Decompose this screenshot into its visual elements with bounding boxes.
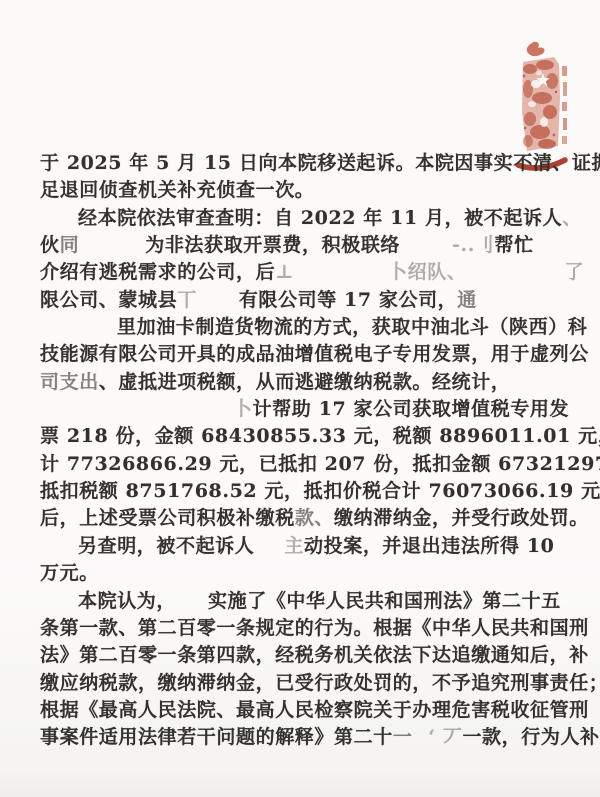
line-text: 事案件适用法律若干问题的解释》第二十 <box>40 726 393 748</box>
document-line: 卜计帮助 17 家公司获取增值税专用发 <box>40 396 532 423</box>
line-text: 有限公司等 17 家公司， <box>239 289 457 311</box>
document-line: 技能源有限公司开具的成品油增值税电子专用发票，用于虚列公 <box>40 341 532 368</box>
document-line: 票 218 份，金额 68430855.33 元，税额 8896011.01 元… <box>40 423 532 450</box>
line-text: 缴纳滞纳金，并受行政处罚。 <box>334 507 589 529</box>
redaction-gap <box>294 272 388 274</box>
redacted-fragment: 卜绍队、 <box>388 261 466 283</box>
smudged-fragment: 同 <box>60 234 80 256</box>
line-text: 介绍有逃税需求的公司，后 <box>40 261 275 283</box>
redaction-gap <box>176 601 208 603</box>
line-text: 为非法获取开票费，积极联络 <box>145 234 400 256</box>
line-text: 条第一款、第二百零一条规定的行为。根据《中华人民共和国刑 <box>40 617 589 639</box>
line-text: 根据《最高人民法院、最高人民检察院关于办理危害税收征管刑 <box>40 699 589 721</box>
smudged-fragment: 一 <box>393 726 413 748</box>
line-text: 本院认为， <box>78 590 176 612</box>
line-text: 技能源有限公司开具的成品油增值税电子专用发票，用于虚列公 <box>40 343 589 365</box>
redaction-gap <box>400 245 452 247</box>
document-line: 介绍有逃税需求的公司，后⊥卜绍队、了 <box>40 259 532 286</box>
line-text: 计 77326866.29 元，已抵扣 207 份，抵扣金额 67321297.… <box>40 453 600 475</box>
redacted-fragment: 丅 <box>177 289 197 311</box>
line-text: 抵扣税额 8751768.52 元，抵扣价税合计 76073066.19 元。案… <box>40 480 600 502</box>
document-line: 万元。 <box>40 560 532 587</box>
line-text: 经本院依法审查查明：自 2022 年 11 月，被不起诉人 <box>78 207 562 229</box>
redacted-fragment: 、 <box>562 207 582 229</box>
redacted-fragment: 卜 <box>233 398 253 420</box>
redaction-gap <box>79 245 145 247</box>
redacted-fragment: 了 <box>564 261 584 283</box>
smudged-fragment: 通 <box>457 289 477 311</box>
document-line: 经本院依法审查查明：自 2022 年 11 月，被不起诉人、 <box>40 205 532 232</box>
line-text: 伙 <box>40 234 60 256</box>
line-text: 足退回侦查机关补充侦查一次。 <box>40 179 314 201</box>
document-line: 另查明，被不起诉人主动投案，并退出违法所得 10 <box>40 533 532 560</box>
document-body: 于 2025 年 5 月 15 日向本院移送起诉。本院因事实不清、证据不 足退回… <box>40 150 532 752</box>
line-text: 动投案，并退出违法所得 10 <box>304 535 554 557</box>
line-text: 限公司、蒙城县 <box>40 289 177 311</box>
document-line: 于 2025 年 5 月 15 日向本院移送起诉。本院因事实不清、证据不 <box>40 150 532 177</box>
line-text: 实施了《中华人民共和国刑法》第二十五 <box>208 590 561 612</box>
line-text: 后，上述受票公司积极补缴税 <box>40 507 295 529</box>
document-line: 缴应纳税款，缴纳滞纳金，已受行政处罚的，不予追究刑事责任； <box>40 670 532 697</box>
line-text: 万元。 <box>40 562 99 584</box>
document-line: 伙同为非法获取开票费，积极联络-..刂帮忙 <box>40 232 532 259</box>
document-line: 法》第二百零一条第四款，经税务机关依法下达追缴通知后，补 <box>40 642 532 669</box>
line-text: 、虚抵进项税额，从而逃避缴纳税款。经统计， <box>99 371 511 393</box>
document-line: 足退回侦查机关补充侦查一次。 <box>40 177 532 204</box>
line-text: 里加油卡制造货物流的方式，获取中油北斗（陕西）科 <box>117 316 587 338</box>
document-line: 根据《最高人民法院、最高人民检察院关于办理危害税收征管刑 <box>40 697 532 724</box>
scanned-document-page: 于 2025 年 5 月 15 日向本院移送起诉。本院因事实不清、证据不 足退回… <box>0 0 600 797</box>
line-text: 于 2025 年 5 月 15 日向本院移送起诉。本院因事实不清、证据不 <box>40 152 600 174</box>
document-line: 里加油卡制造货物流的方式，获取中油北斗（陕西）科 <box>40 314 532 341</box>
document-line: 抵扣税额 8751768.52 元，抵扣价税合计 76073066.19 元。案… <box>40 478 532 505</box>
redaction-gap <box>197 300 239 302</box>
redacted-fragment: ‘ 丆 <box>428 726 462 748</box>
redacted-fragment: -..刂 <box>452 234 495 256</box>
document-line: 事案件适用法律若干问题的解释》第二十一‘ 丆一款，行为人补 <box>40 724 532 751</box>
document-line: 司支出、虚抵进项税额，从而逃避缴纳税款。经统计， <box>40 369 532 396</box>
redaction-gap <box>412 737 428 739</box>
smudged-fragment: 款、 <box>295 507 334 529</box>
document-line: 限公司、蒙城县丅有限公司等 17 家公司，通 <box>40 287 532 314</box>
document-line: 后，上述受票公司积极补缴税款、缴纳滞纳金，并受行政处罚。 <box>40 505 532 532</box>
line-text: 票 218 份，金额 68430855.33 元，税额 8896011.01 元… <box>40 425 600 447</box>
line-text: 计帮助 17 家公司获取增值税专用发 <box>253 398 569 420</box>
redacted-fragment: ⊥ <box>275 261 294 283</box>
line-text: 一款，行为人补 <box>462 726 599 748</box>
line-text: 另查明，被不起诉人 <box>78 535 254 557</box>
smudged-fragment: 司支出 <box>40 371 99 393</box>
line-text: 缴应纳税款，缴纳滞纳金，已受行政处罚的，不予追究刑事责任； <box>40 672 600 694</box>
document-line: 本院认为，实施了《中华人民共和国刑法》第二十五 <box>40 588 532 615</box>
document-line: 计 77326866.29 元，已抵扣 207 份，抵扣金额 67321297.… <box>40 451 532 478</box>
line-text: 法》第二百零一条第四款，经税务机关依法下达追缴通知后，补 <box>40 644 589 666</box>
redaction-gap <box>254 546 284 548</box>
line-text: 帮忙 <box>495 234 534 256</box>
redaction-gap <box>466 272 564 274</box>
redacted-fragment: 主 <box>284 535 304 557</box>
document-line: 条第一款、第二百零一条规定的行为。根据《中华人民共和国刑 <box>40 615 532 642</box>
